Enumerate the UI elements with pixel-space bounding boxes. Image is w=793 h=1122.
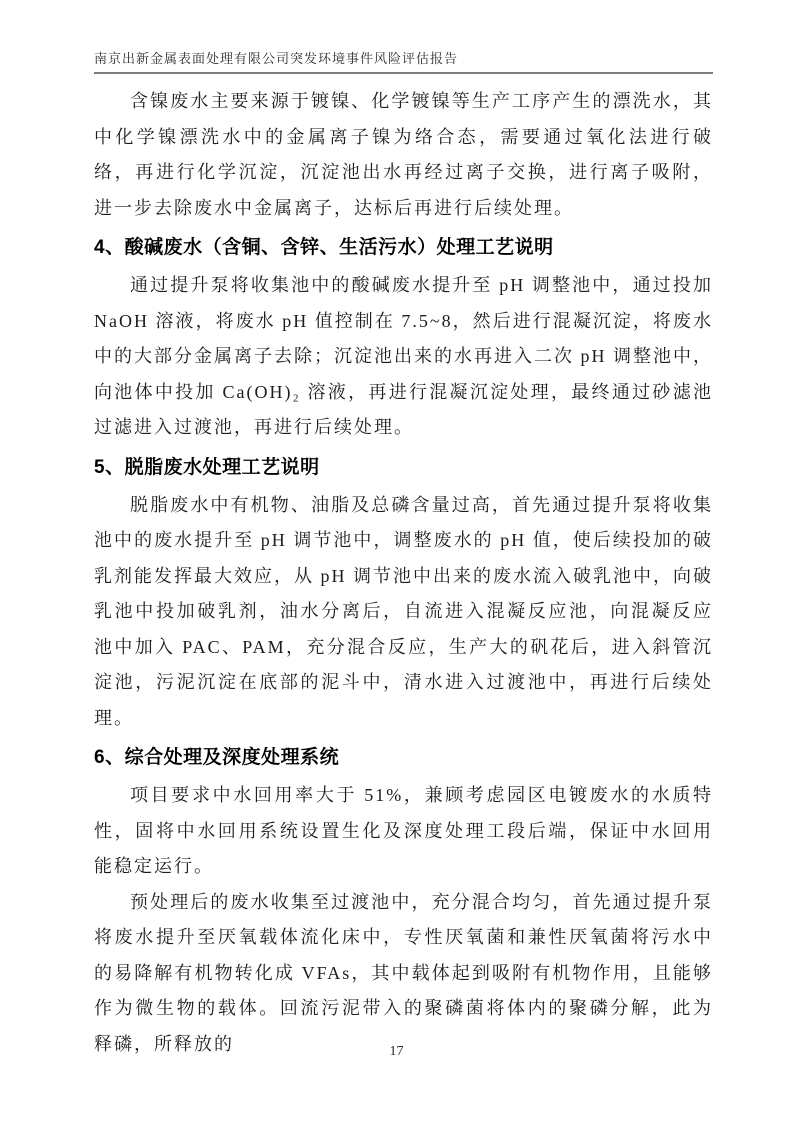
document-page: 南京出新金属表面处理有限公司突发环境事件风险评估报告 含镍废水主要来源于镀镍、化… bbox=[0, 0, 793, 1122]
report-header-title: 南京出新金属表面处理有限公司突发环境事件风险评估报告 bbox=[94, 48, 713, 72]
section-heading-6: 6、综合处理及深度处理系统 bbox=[94, 742, 713, 773]
document-body: 含镍废水主要来源于镀镍、化学镀镍等生产工序产生的漂洗水，其中化学镍漂洗水中的金属… bbox=[94, 74, 713, 1062]
section-heading-4: 4、酸碱废水（含铜、含锌、生活污水）处理工艺说明 bbox=[94, 232, 713, 263]
report-header: 南京出新金属表面处理有限公司突发环境事件风险评估报告 bbox=[94, 0, 713, 74]
paragraph-water-reuse: 项目要求中水回用率大于 51%，兼顾考虑园区电镀废水的水质特性，固将中水回用系统… bbox=[94, 778, 713, 885]
paragraph-nickel-wastewater: 含镍废水主要来源于镀镍、化学镀镍等生产工序产生的漂洗水，其中化学镍漂洗水中的金属… bbox=[94, 84, 713, 226]
page-number: 17 bbox=[0, 1044, 793, 1060]
paragraph-degreasing-process: 脱脂废水中有机物、油脂及总磷含量过高，首先通过提升泵将收集池中的废水提升至 pH… bbox=[94, 488, 713, 737]
paragraph-anaerobic-treatment: 预处理后的废水收集至过渡池中，充分混合均匀，首先通过提升泵将废水提升至厌氧载体流… bbox=[94, 885, 713, 1063]
section-heading-5: 5、脱脂废水处理工艺说明 bbox=[94, 452, 713, 483]
paragraph-acid-alkali-process: 通过提升泵将收集池中的酸碱废水提升至 pH 调整池中，通过投加 NaOH 溶液，… bbox=[94, 268, 713, 446]
